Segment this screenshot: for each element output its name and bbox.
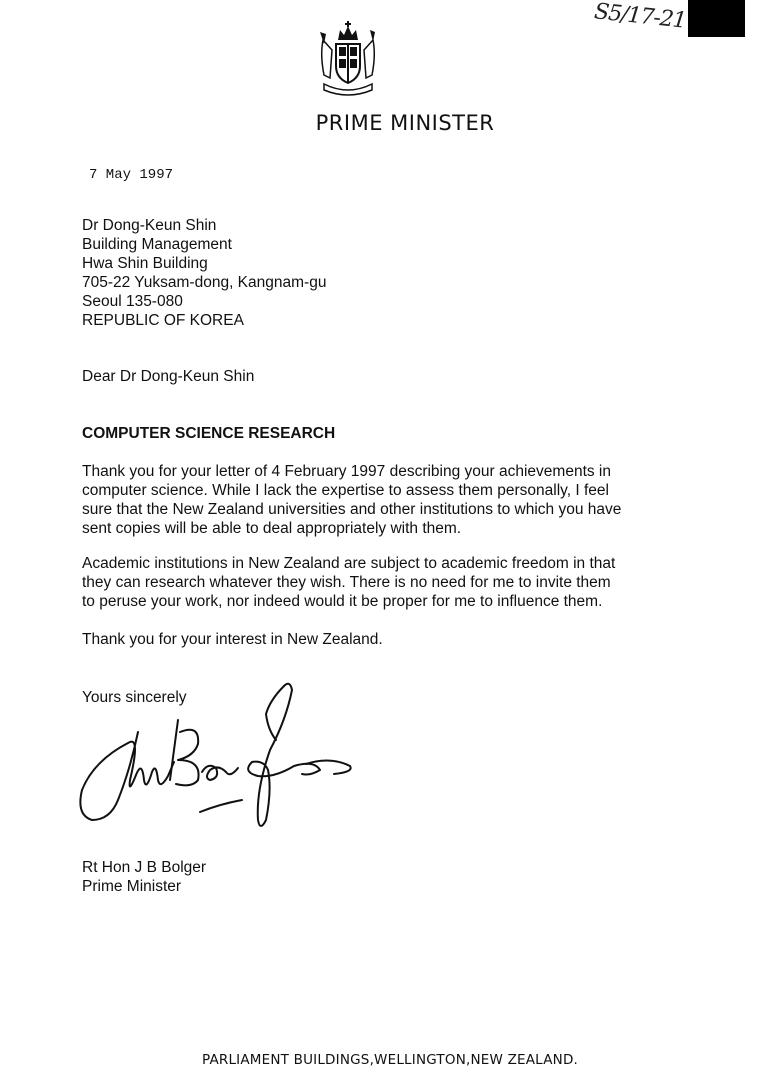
subject-heading: COMPUTER SCIENCE RESEARCH — [82, 424, 335, 443]
reference-number: S5/17-21 — [593, 0, 687, 34]
recipient-line: 705-22 Yuksam-dong, Kangnam-gu — [82, 273, 326, 292]
paragraph-3: Thank you for your interest in New Zeala… — [82, 630, 682, 649]
footer-address: PARLIAMENT BUILDINGS,WELLINGTON,NEW ZEAL… — [0, 1052, 760, 1068]
paragraph-line: Thank you for your interest in New Zeala… — [82, 630, 682, 649]
recipient-line: Building Management — [82, 235, 326, 254]
recipient-line: Hwa Shin Building — [82, 254, 326, 273]
signer-block: Rt Hon J B Bolger Prime Minister — [82, 858, 206, 896]
signer-name: Rt Hon J B Bolger — [82, 858, 206, 877]
recipient-line: Dr Dong-Keun Shin — [82, 216, 326, 235]
paragraph-line: Thank you for your letter of 4 February … — [82, 462, 682, 481]
paragraph-2: Academic institutions in New Zealand are… — [82, 554, 682, 611]
paragraph-1: Thank you for your letter of 4 February … — [82, 462, 682, 538]
recipient-line: REPUBLIC OF KOREA — [82, 311, 326, 330]
redaction-block — [688, 0, 745, 37]
coat-of-arms-icon — [318, 20, 378, 100]
paragraph-line: sent copies will be able to deal appropr… — [82, 519, 682, 538]
salutation: Dear Dr Dong-Keun Shin — [82, 367, 254, 386]
recipient-address: Dr Dong-Keun Shin Building Management Hw… — [82, 216, 326, 330]
office-title: PRIME MINISTER — [0, 111, 760, 135]
paragraph-line: sure that the New Zealand universities a… — [82, 500, 682, 519]
paragraph-line: computer science. While I lack the exper… — [82, 481, 682, 500]
signature-icon — [70, 680, 360, 840]
recipient-line: Seoul 135-080 — [82, 292, 326, 311]
signer-title: Prime Minister — [82, 877, 206, 896]
letter-date: 7 May 1997 — [89, 167, 173, 183]
paragraph-line: Academic institutions in New Zealand are… — [82, 554, 682, 573]
paragraph-line: they can research whatever they wish. Th… — [82, 573, 682, 592]
paragraph-line: to peruse your work, nor indeed would it… — [82, 592, 682, 611]
